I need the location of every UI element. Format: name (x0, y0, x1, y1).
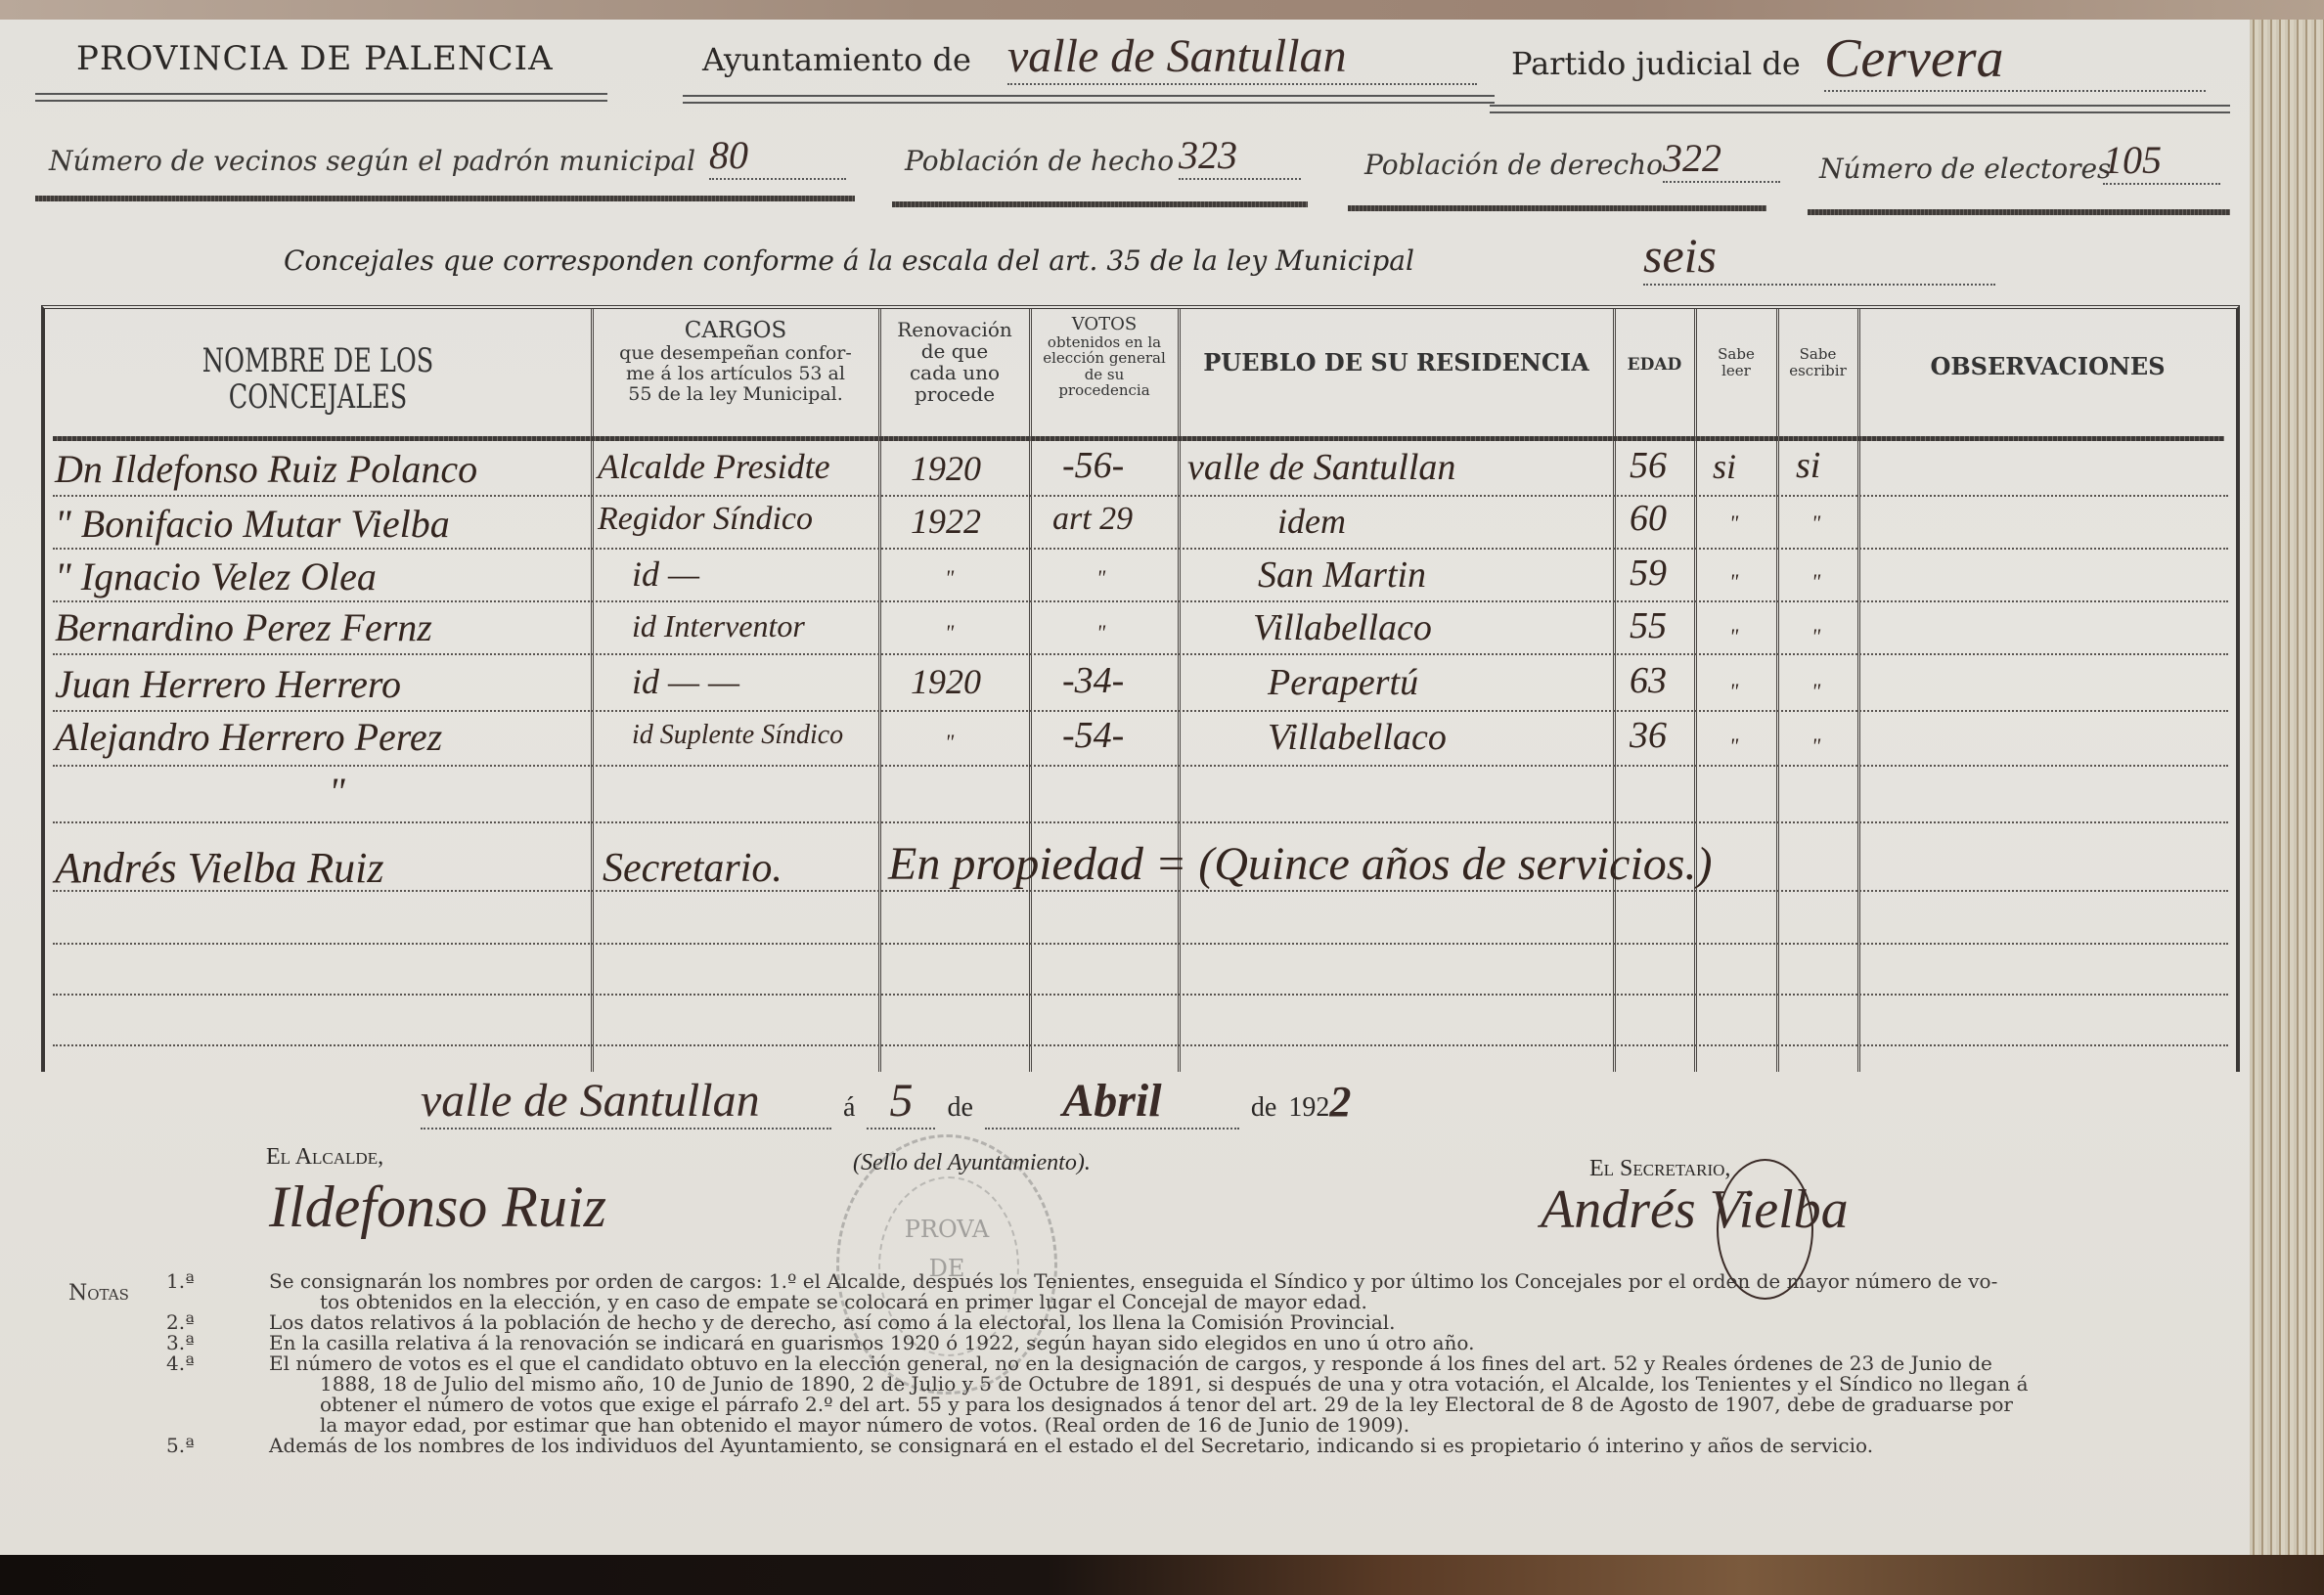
cell-votos: -56- (1062, 444, 1124, 487)
cell-votos: art 29 (1052, 501, 1133, 538)
hecho-label: Población de hecho (905, 145, 1174, 177)
row-line (53, 653, 2228, 655)
note-line: 1888, 18 de Julio del mismo año, 10 de J… (269, 1374, 2220, 1395)
cell-cargo: id — (632, 554, 699, 595)
alcalde-signature: Ildefonso Ruiz (269, 1174, 606, 1241)
cell-leer: " (1729, 624, 1738, 649)
cell-leer: si (1713, 446, 1736, 487)
cell-renovacion: " (945, 730, 954, 755)
header-sabe-leer: Sabe leer (1696, 346, 1776, 378)
cell-renovacion: 1920 (911, 448, 981, 489)
seal-text: PROVA (839, 1216, 1054, 1243)
cell-pueblo: valle de Santullan (1187, 446, 1455, 489)
double-rule (683, 95, 1495, 104)
alcalde-label: El Alcalde, (266, 1144, 383, 1171)
cell-edad: 59 (1630, 552, 1667, 595)
cell-votos: " (1096, 620, 1105, 645)
cell-escribir: " (1811, 569, 1820, 595)
date-place: valle de Santullan (421, 1074, 831, 1130)
double-rule (35, 93, 607, 102)
note-line: Además de los nombres de los individuos … (269, 1436, 2220, 1456)
cell-pueblo: Villabellaco (1253, 606, 1432, 649)
note-line: tos obtenidos en la elección, y en caso … (269, 1292, 2220, 1312)
concejales-table: NOMBRE DE LOS CONCEJALES CARGOS que dese… (41, 305, 2240, 1072)
cell-pueblo: idem (1277, 501, 1346, 542)
cell-cargo: id Suplente Síndico (632, 720, 843, 751)
col-divider (1029, 309, 1032, 1072)
cell-nombre: Juan Herrero Herrero (55, 661, 401, 707)
cell-pueblo: Perapertú (1268, 661, 1418, 704)
col-divider (878, 309, 881, 1072)
cell-renovacion: " (945, 565, 954, 591)
row-line (53, 600, 2228, 602)
note-item: 2.ª Los datos relativos á la población d… (68, 1312, 2220, 1333)
cell-cargo: id Interventor (632, 608, 805, 644)
ditto-mark: " (329, 769, 345, 815)
header-votos-sub: obtenidos en la elección general de su p… (1031, 334, 1178, 399)
col-divider (1776, 309, 1779, 1072)
col-divider (591, 309, 594, 1072)
cell-escribir: si (1796, 444, 1820, 487)
thick-rule (35, 196, 855, 201)
cell-cargo: id — — (632, 661, 739, 702)
row-line (53, 548, 2228, 550)
date-day: 5 (867, 1074, 935, 1130)
col-divider (1857, 309, 1860, 1072)
row-line (53, 821, 2228, 823)
notes-section: Notas 1.ª Se consignarán los nombres por… (68, 1271, 2220, 1456)
concejales-value: seis (1643, 227, 1995, 286)
note-line: Los datos relativos á la población de he… (269, 1312, 2220, 1333)
cell-edad: 55 (1630, 604, 1667, 647)
note-item: 3.ª En la casilla relativa á la renovaci… (68, 1333, 2220, 1353)
book-top-edge (0, 0, 2324, 22)
date-year-suffix: 2 (1329, 1078, 1351, 1126)
cell-edad: 60 (1630, 497, 1667, 540)
note-line: obtener el número de votos que exige el … (269, 1395, 2220, 1415)
cell-votos: " (1096, 565, 1105, 591)
derecho-value: 322 (1663, 135, 1780, 183)
cell-nombre: " Ignacio Velez Olea (55, 554, 377, 599)
row-line (53, 765, 2228, 767)
cell-leer: " (1729, 733, 1738, 759)
note-item: 4.ª El número de votos es el que el cand… (68, 1353, 2220, 1436)
note-number: 1.ª (166, 1271, 195, 1292)
cell-nombre: Bernardino Perez Fernz (55, 604, 432, 650)
cell-escribir: " (1811, 624, 1820, 649)
cell-nombre: Alejandro Herrero Perez (55, 714, 442, 760)
note-line: En la casilla relativa á la renovación s… (269, 1333, 2220, 1353)
col-divider (1178, 309, 1181, 1072)
cell-renovacion: " (945, 620, 954, 645)
cell-edad: 56 (1630, 444, 1667, 487)
header-nombre: NOMBRE DE LOS CONCEJALES (113, 343, 523, 417)
cell-nombre: " Bonifacio Mutar Vielba (55, 501, 450, 547)
date-de-year: de (1251, 1092, 1276, 1123)
date-a: á (843, 1092, 855, 1123)
col-divider (1694, 309, 1697, 1072)
date-de: de (947, 1092, 972, 1123)
row-line (53, 994, 2228, 996)
note-item: 5.ª Además de los nombres de los individ… (68, 1436, 2220, 1456)
cell-cargo: Regidor Síndico (598, 501, 813, 538)
header-pueblo: PUEBLO DE SU RESIDENCIA (1180, 350, 1613, 376)
electores-value: 105 (2103, 137, 2220, 185)
cell-leer: " (1729, 679, 1738, 704)
header-edad: EDAD (1615, 356, 1694, 375)
col-divider (1613, 309, 1616, 1072)
cell-escribir: " (1811, 679, 1820, 704)
date-year-prefix: 192 (1288, 1092, 1329, 1123)
cell-nombre: Dn Ildefonso Ruiz Polanco (55, 446, 477, 492)
note-number: 2.ª (166, 1312, 195, 1333)
thick-rule (1808, 209, 2230, 215)
header-renovacion: Renovación de que cada uno procede (880, 319, 1029, 405)
secretary-detalle: En propiedad = (Quince años de servicios… (888, 837, 1712, 891)
header-votos: VOTOS obtenidos en la elección general d… (1031, 315, 1178, 399)
province-title: PROVINCIA DE PALENCIA (76, 39, 554, 78)
ayuntamiento-label: Ayuntamiento de (702, 41, 971, 78)
row-line (53, 1044, 2228, 1046)
header-sabe-escribir: Sabe escribir (1778, 346, 1857, 378)
secretary-cargo: Secretario. (603, 845, 782, 892)
electores-label: Número de electores (1819, 153, 2111, 185)
vecinos-value: 80 (709, 132, 846, 180)
row-line (53, 710, 2228, 712)
cell-leer: " (1729, 569, 1738, 595)
cell-leer: " (1729, 510, 1738, 536)
date-line: valle de Santullan á 5 de Abril de 1922 (421, 1074, 1351, 1130)
thick-rule (892, 201, 1308, 207)
hecho-value: 323 (1179, 132, 1301, 180)
cell-renovacion: 1920 (911, 661, 981, 702)
cell-votos: -54- (1062, 714, 1124, 757)
thick-rule (1348, 205, 1766, 211)
row-line (53, 495, 2228, 497)
ayuntamiento-value: valle de Santullan (1007, 29, 1477, 85)
vecinos-label: Número de vecinos según el padrón munici… (49, 145, 695, 177)
header-cargos-sub: que desempeñan confor- me á los artículo… (593, 343, 878, 405)
cell-escribir: " (1811, 510, 1820, 536)
book-cover-bottom (0, 1555, 2324, 1595)
cell-escribir: " (1811, 733, 1820, 759)
note-number: 3.ª (166, 1333, 195, 1353)
note-line: la mayor edad, por estimar que han obten… (269, 1415, 2220, 1436)
derecho-label: Población de derecho (1364, 149, 1663, 181)
concejales-label: Concejales que corresponden conforme á l… (284, 244, 1414, 277)
double-rule (1490, 105, 2230, 113)
note-number: 4.ª (166, 1353, 195, 1374)
header-cargos-title: CARGOS (593, 319, 878, 343)
header-bottom-rule (53, 436, 2224, 441)
note-line: Se consignarán los nombres por orden de … (269, 1271, 2220, 1292)
note-number: 5.ª (166, 1436, 195, 1456)
cell-cargo: Alcalde Presidte (598, 446, 830, 487)
header-cargos: CARGOS que desempeñan confor- me á los a… (593, 319, 878, 405)
header-observaciones: OBSERVACIONES (1859, 354, 2236, 379)
header-votos-title: VOTOS (1031, 315, 1178, 334)
cell-votos: -34- (1062, 659, 1124, 702)
cell-edad: 63 (1630, 659, 1667, 702)
cell-pueblo: San Martin (1258, 554, 1426, 597)
note-line: El número de votos es el que el candidat… (269, 1353, 2220, 1374)
book-page-edges (2250, 20, 2324, 1565)
row-line (53, 943, 2228, 945)
partido-value: Cervera (1824, 27, 2206, 92)
cell-renovacion: 1922 (911, 501, 981, 542)
cell-pueblo: Villabellaco (1268, 716, 1447, 759)
cell-edad: 36 (1630, 714, 1667, 757)
partido-label: Partido judicial de (1511, 45, 1801, 82)
note-item: 1.ª Se consignarán los nombres por orden… (68, 1271, 2220, 1312)
date-month: Abril (985, 1074, 1239, 1130)
secretary-nombre: Andrés Vielba Ruiz (55, 843, 383, 893)
